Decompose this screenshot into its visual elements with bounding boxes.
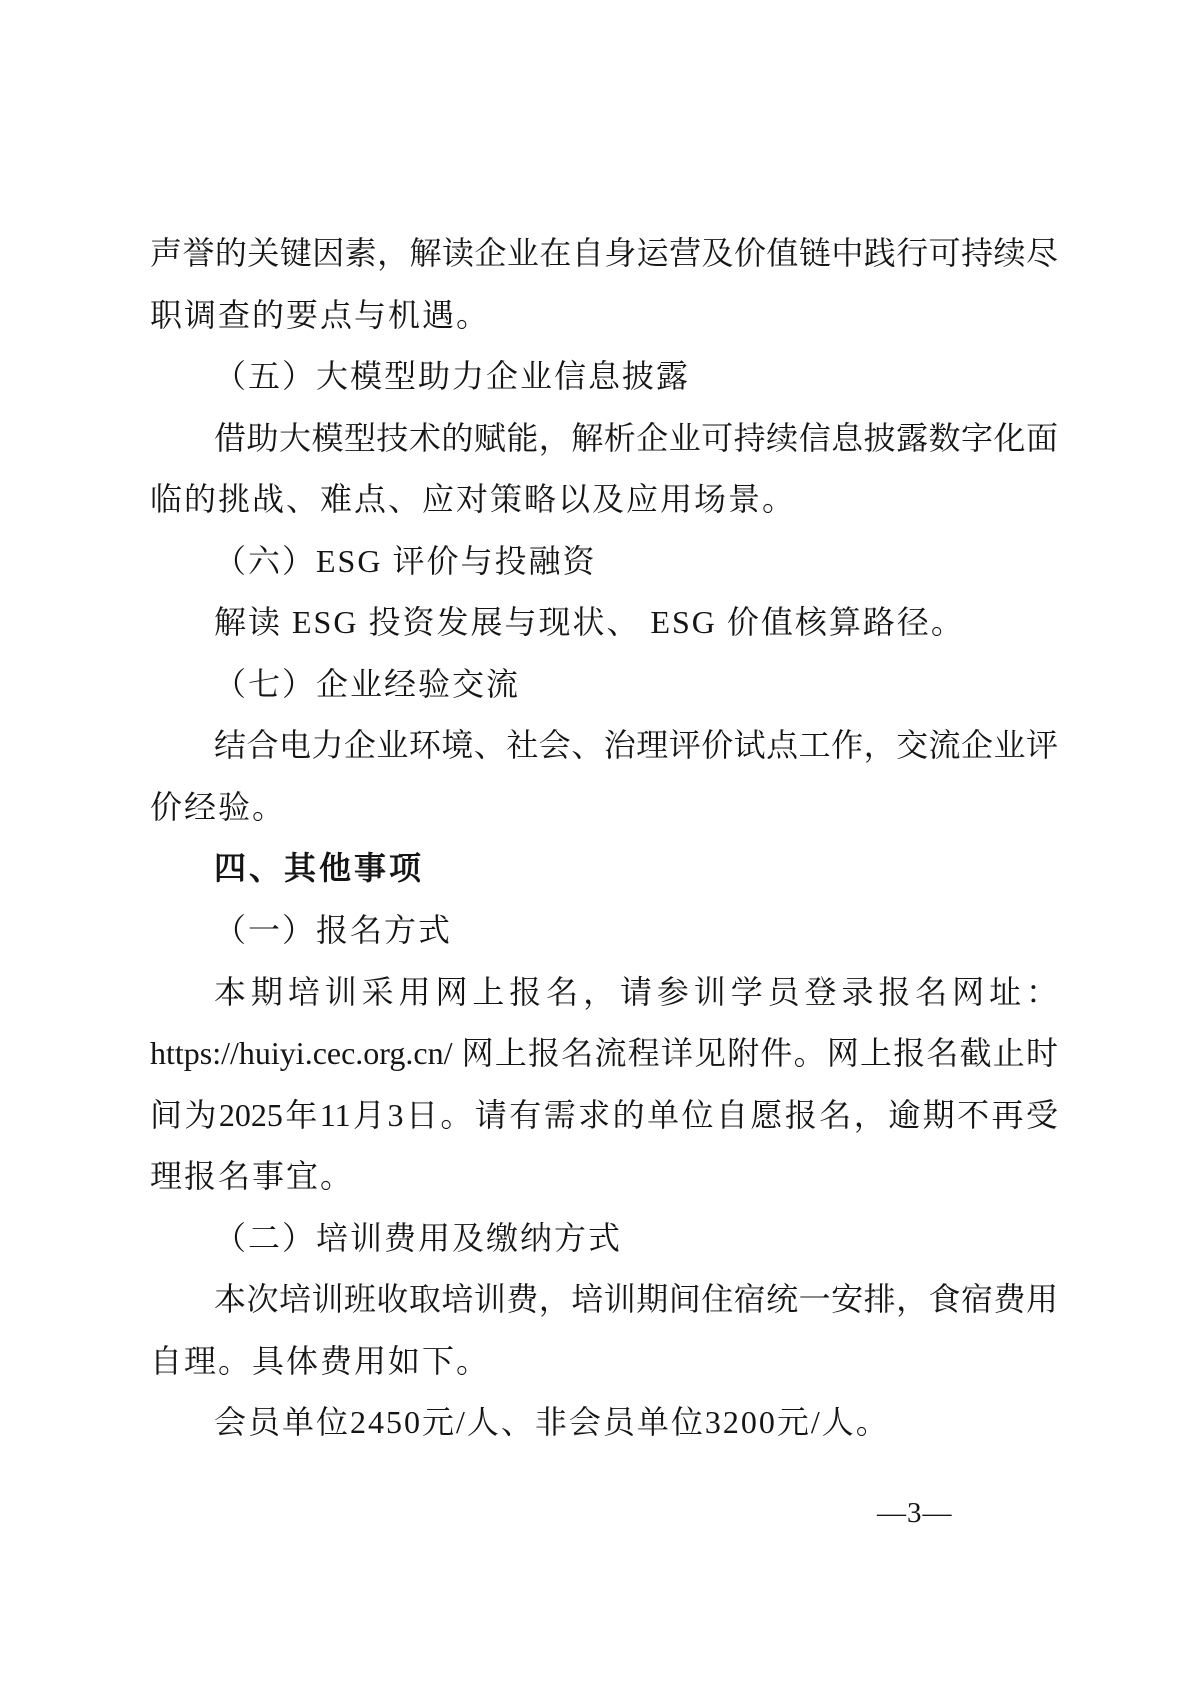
paragraph-section-5: 借助大模型技术的赋能，解析企业可持续信息披露数字化面 临的挑战、难点、应对策略以… — [150, 408, 1058, 531]
paragraph-item-1-line: 本期培训采用网上报名，请参训学员登录报名网址： — [150, 962, 1058, 1024]
registration-url: https://huiyi.cec.org.cn/ — [150, 1035, 452, 1071]
paragraph-section-5-line: 借助大模型技术的赋能，解析企业可持续信息披露数字化面 — [150, 408, 1058, 470]
paragraph-section-5-line: 临的挑战、难点、应对策略以及应用场景。 — [150, 469, 1058, 531]
paragraph-section-7-line: 价经验。 — [150, 777, 1058, 839]
paragraph-section-7: 结合电力企业环境、社会、治理评价试点工作，交流企业评 价经验。 — [150, 715, 1058, 838]
paragraph-section-7-line: 结合电力企业环境、社会、治理评价试点工作，交流企业评 — [150, 715, 1058, 777]
paragraph-item-2-line: 本次培训班收取培训费，培训期间住宿统一安排，食宿费用 — [150, 1269, 1058, 1331]
heading-item-2: （二）培训费用及缴纳方式 — [150, 1208, 1058, 1270]
heading-item-1: （一）报名方式 — [150, 900, 1058, 962]
paragraph-item-1-line-text: 网上报名流程详见附件。网上报名截止时 — [452, 1035, 1058, 1071]
heading-section-7: （七）企业经验交流 — [150, 654, 1058, 716]
paragraph-carryover: 声誉的关键因素，解读企业在自身运营及价值链中践行可持续尽 职调查的要点与机遇。 — [150, 223, 1058, 346]
heading-section-6: （六）ESG 评价与投融资 — [150, 531, 1058, 593]
document-page: 声誉的关键因素，解读企业在自身运营及价值链中践行可持续尽 职调查的要点与机遇。 … — [0, 0, 1191, 1684]
paragraph-item-1: 本期培训采用网上报名，请参训学员登录报名网址： https://huiyi.ce… — [150, 962, 1058, 1208]
paragraph-carryover-line: 职调查的要点与机遇。 — [150, 285, 1058, 347]
fees-line: 会员单位2450元/人、非会员单位3200元/人。 — [150, 1392, 1058, 1454]
document-body: 声誉的关键因素，解读企业在自身运营及价值链中践行可持续尽 职调查的要点与机遇。 … — [150, 223, 1058, 1454]
heading-section-5: （五）大模型助力企业信息披露 — [150, 346, 1058, 408]
heading-part-4: 四、其他事项 — [150, 838, 1058, 900]
paragraph-carryover-line: 声誉的关键因素，解读企业在自身运营及价值链中践行可持续尽 — [150, 223, 1058, 285]
paragraph-item-2: 本次培训班收取培训费，培训期间住宿统一安排，食宿费用 自理。具体费用如下。 — [150, 1269, 1058, 1392]
paragraph-item-2-line: 自理。具体费用如下。 — [150, 1331, 1058, 1393]
paragraph-item-1-line: 间为2025年11月3日。请有需求的单位自愿报名，逾期不再受 — [150, 1085, 1058, 1147]
paragraph-item-1-line: https://huiyi.cec.org.cn/ 网上报名流程详见附件。网上报… — [150, 1023, 1058, 1085]
page-number: —3— — [877, 1496, 953, 1530]
paragraph-item-1-line: 理报名事宜。 — [150, 1146, 1058, 1208]
paragraph-section-6-line: 解读 ESG 投资发展与现状、 ESG 价值核算路径。 — [150, 592, 1058, 654]
